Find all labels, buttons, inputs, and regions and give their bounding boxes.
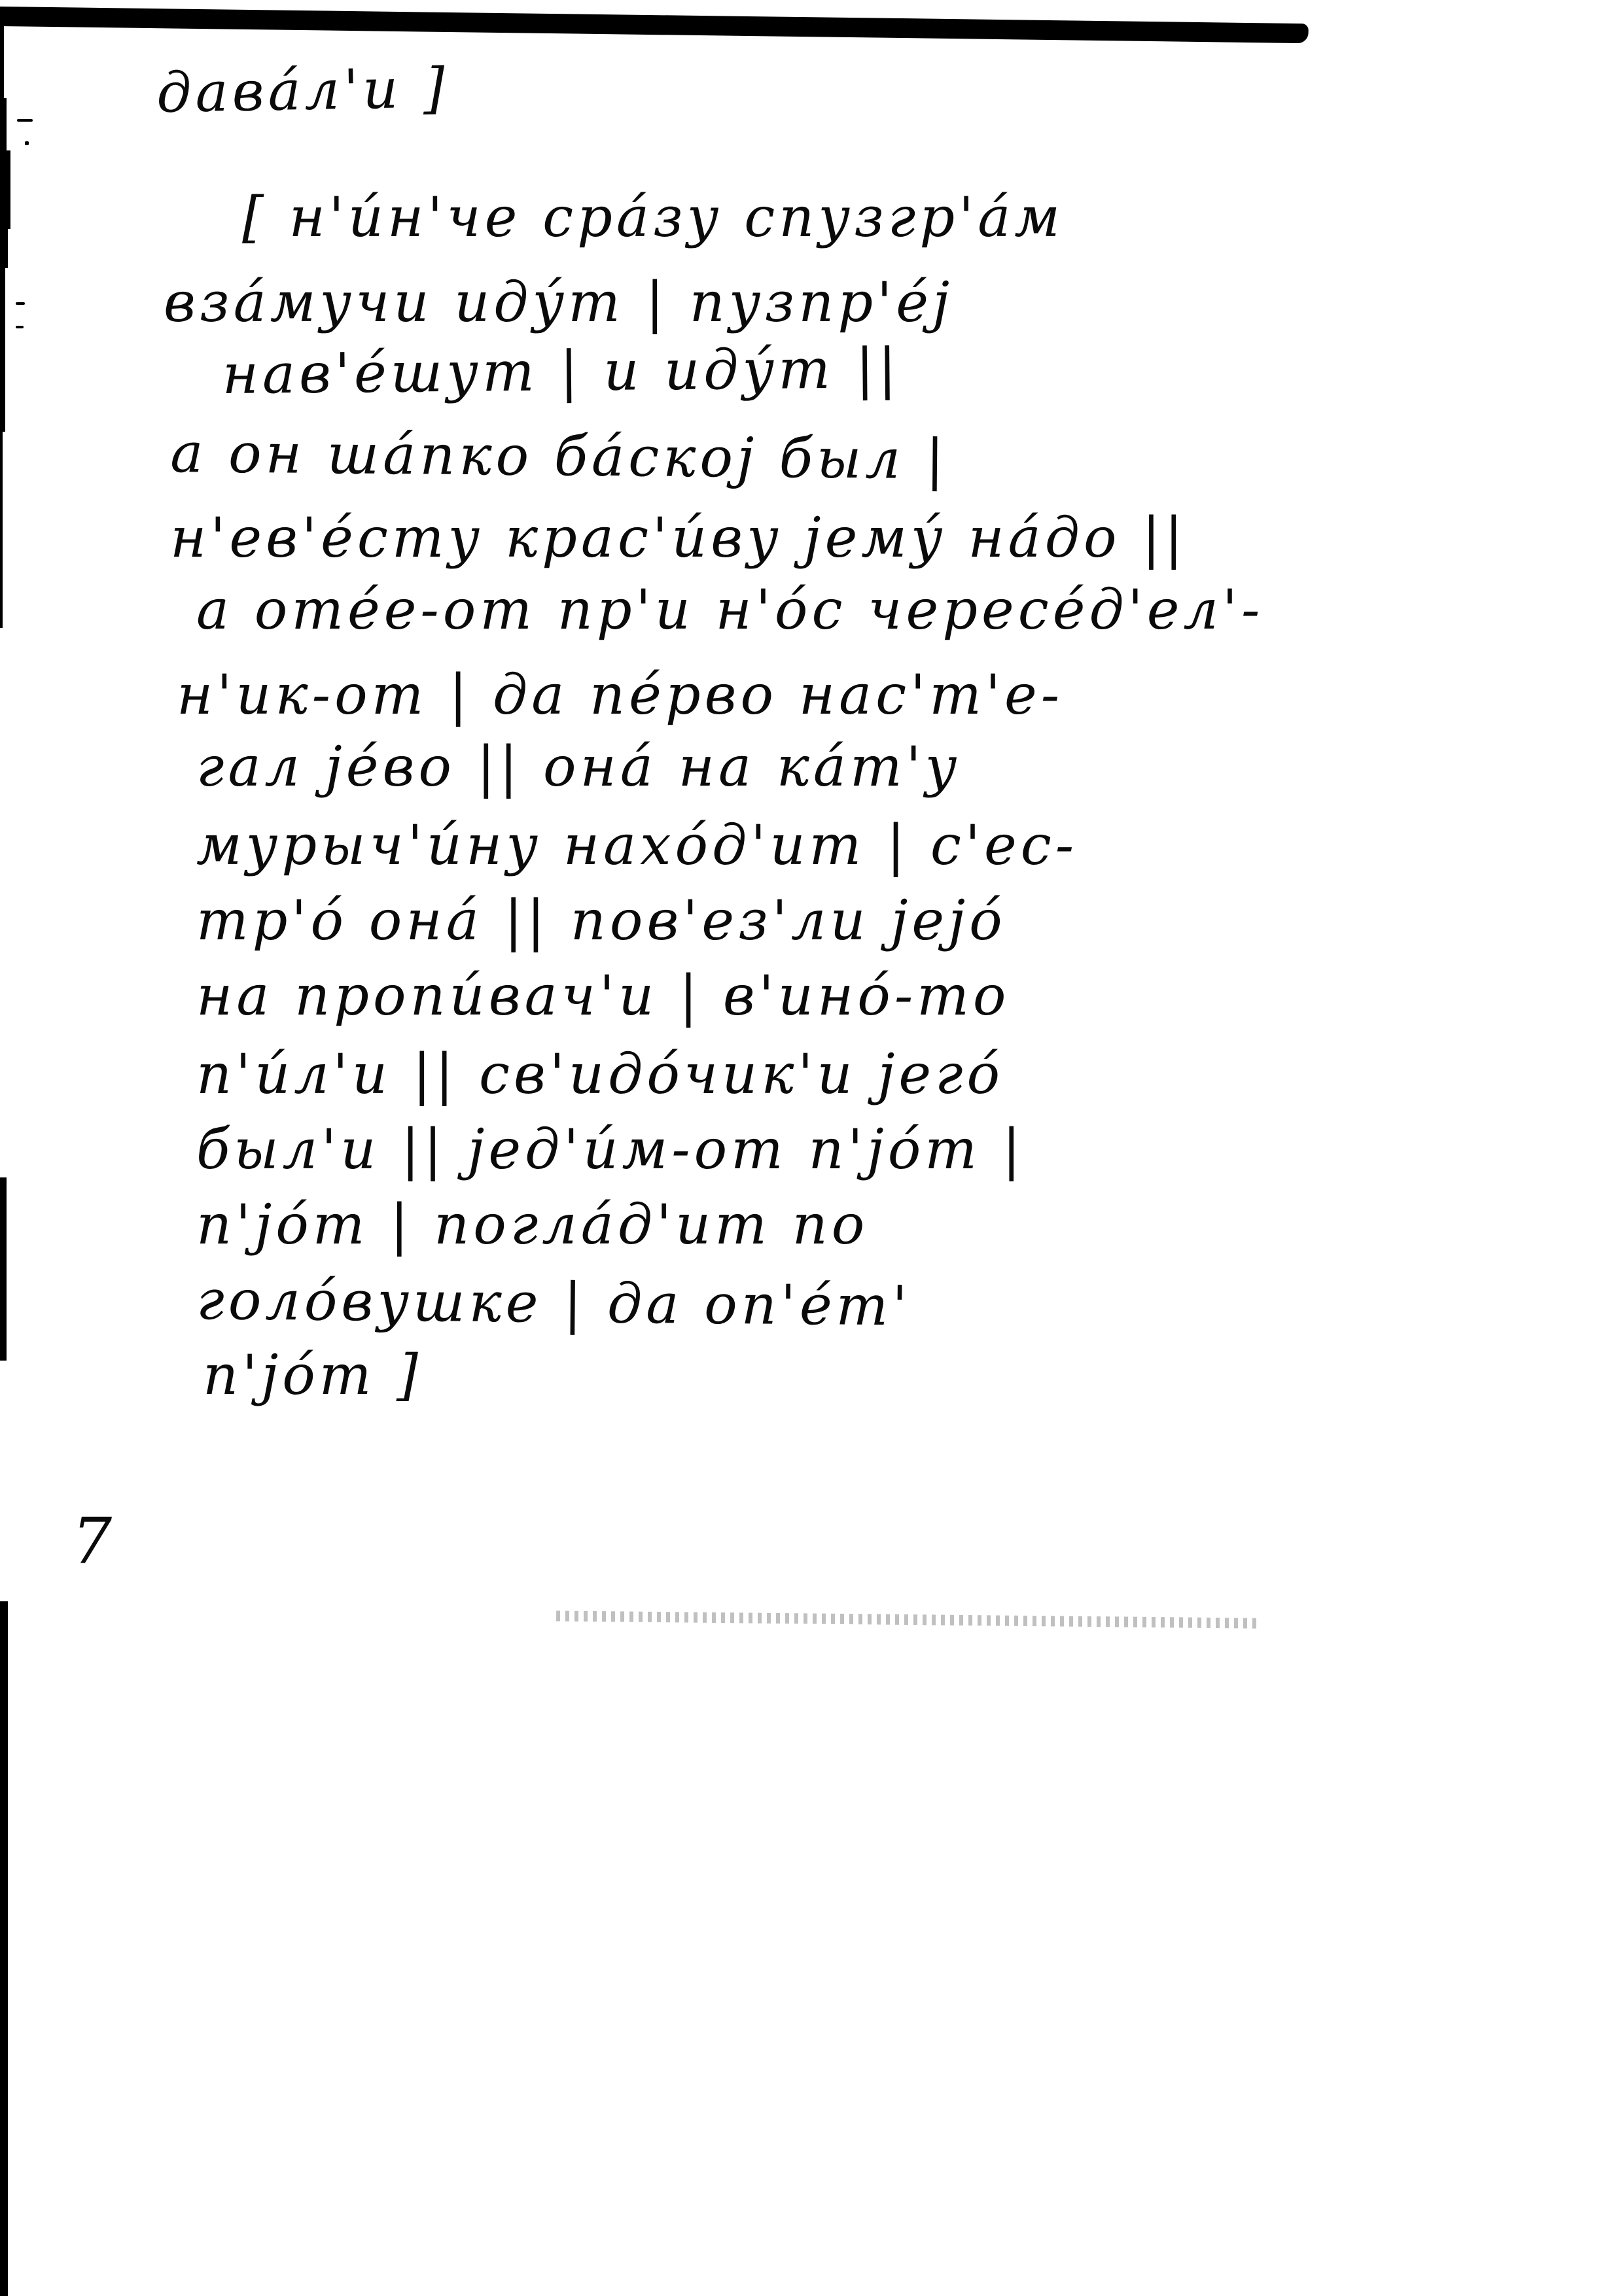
page-number: 7 [72, 1505, 112, 1578]
handwritten-line: н'ик-от | да пе́рво нас'т'е- [177, 667, 1063, 722]
handwritten-line: на пропи́вач'и | в'ино́-то [196, 968, 1010, 1023]
margin-mark [25, 141, 29, 145]
scan-left-edge-shadow [0, 1601, 8, 2296]
scan-left-edge-shadow [0, 268, 5, 432]
scan-left-edge-shadow [0, 1177, 7, 1361]
handwritten-line: [ н'и́н'че сра́зу спузгр'а́м [242, 190, 1064, 245]
margin-mark [16, 326, 24, 328]
handwritten-line: нав'е́шут | и иду́т || [222, 341, 900, 402]
handwritten-line: мурыч'и́ну нахо́д'ит | с'ес- [196, 818, 1078, 873]
handwritten-line: п'јо́т | погла́д'ит по [196, 1197, 868, 1252]
handwritten-line: п'јо́т ] [203, 1348, 422, 1402]
faint-scan-line [556, 1610, 1256, 1628]
handwritten-line: голо́вушке | да оп'е́т' [196, 1272, 911, 1334]
handwritten-line: а он ша́пко ба́ској был | [170, 425, 948, 487]
scan-left-edge-shadow [0, 432, 3, 628]
margin-mark [16, 302, 25, 305]
handwritten-line: гал је́во || она́ на ка́т'у [196, 739, 961, 794]
handwritten-line: был'и || јед'и́м-от п'јо́т | [196, 1122, 1025, 1177]
scan-top-edge-shadow [0, 7, 1309, 43]
handwritten-line: а оте́е-от пр'и н'о́с чересе́д'ел'- [196, 582, 1263, 637]
handwritten-line: п'и́л'и || св'идо́чик'и јего́ [196, 1047, 1004, 1102]
handwritten-line: тр'о́ она́ || пов'ез'ли јејо́ [196, 893, 1006, 948]
handwritten-line: н'ев'е́сту крас'и́ву јему́ на́до || [170, 510, 1187, 565]
margin-mark [17, 119, 33, 122]
scan-left-edge-shadow [0, 229, 8, 268]
handwritten-line: дава́л'и ] [156, 60, 450, 120]
handwritten-line: вза́мучи иду́т | пузпр'е́ј [164, 275, 953, 330]
scan-left-edge-shadow [0, 98, 7, 150]
scanned-page: дава́л'и ] [ н'и́н'че сра́зу спузгр'а́м … [0, 0, 1607, 2296]
scan-left-edge-shadow [0, 150, 10, 229]
